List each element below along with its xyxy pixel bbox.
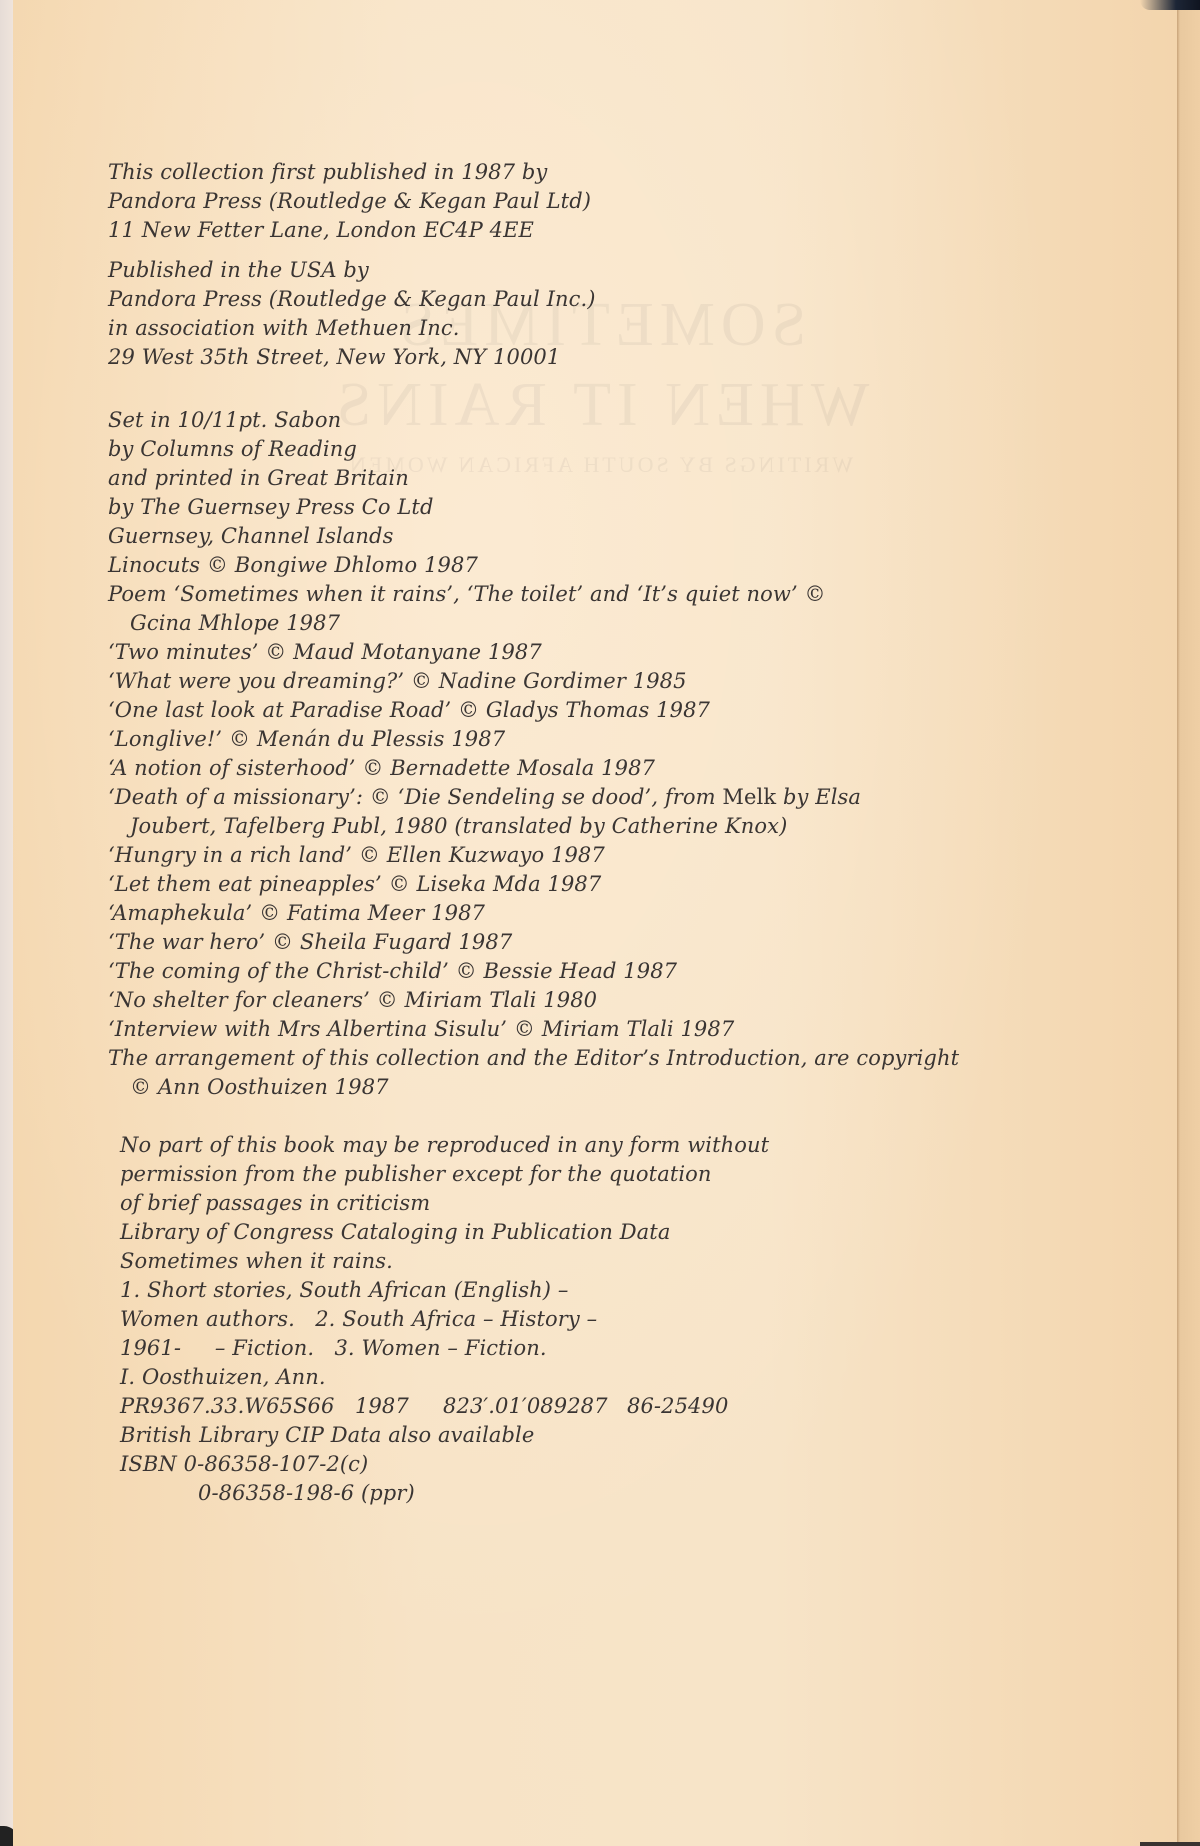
rights-and-cataloging-block: No part of this book may be reproduced i… bbox=[120, 1131, 959, 1508]
copyright-text-after: by Elsa bbox=[776, 785, 861, 809]
copyright-line: ‘Two minutes’ © Maud Motanyane 1987 bbox=[108, 638, 959, 667]
copyright-page-text: This collection first published in 1987 … bbox=[108, 158, 959, 1508]
copyright-line: ‘No shelter for cleaners’ © Miriam Tlali… bbox=[108, 986, 959, 1015]
page-left-edge bbox=[0, 0, 13, 1846]
usa-line-1: Published in the USA by bbox=[108, 256, 959, 285]
rights-line-2: permission from the publisher except for… bbox=[120, 1160, 959, 1189]
isbn-cloth: ISBN 0-86358-107-2(c) bbox=[120, 1450, 959, 1479]
copyright-line: ‘Let them eat pineapples’ © Liseka Mda 1… bbox=[108, 870, 959, 899]
uk-line-3: 11 New Fetter Lane, London EC4P 4EE bbox=[108, 216, 959, 245]
copyrights-block: Linocuts © Bongiwe Dhlomo 1987 Poem ‘Som… bbox=[108, 551, 959, 1102]
copyright-line: ‘Amaphekula’ © Fatima Meer 1987 bbox=[108, 899, 959, 928]
uk-line-2: Pandora Press (Routledge & Kegan Paul Lt… bbox=[108, 187, 959, 216]
copyright-continuation: Gcina Mhlope 1987 bbox=[108, 609, 959, 638]
british-library-note: British Library CIP Data also available bbox=[120, 1421, 959, 1450]
cataloging-title: Sometimes when it rains. bbox=[120, 1247, 959, 1276]
usa-line-4: 29 West 35th Street, New York, NY 10001 bbox=[108, 343, 959, 372]
copyright-line: ‘The coming of the Christ-child’ © Bessi… bbox=[108, 957, 959, 986]
printing-line-4: by The Guernsey Press Co Ltd bbox=[108, 493, 959, 522]
page-fold bbox=[1177, 0, 1200, 1846]
cataloging-subject-2: Women authors. 2. South Africa – History… bbox=[120, 1305, 959, 1334]
top-right-shadow bbox=[1140, 0, 1200, 10]
isbn-paper: 0-86358-198-6 (ppr) bbox=[120, 1479, 959, 1508]
printing-block: Set in 10/11pt. Sabon by Columns of Read… bbox=[108, 406, 959, 551]
copyright-continuation: © Ann Oosthuizen 1987 bbox=[108, 1073, 959, 1102]
printing-line-5: Guernsey, Channel Islands bbox=[108, 522, 959, 551]
copyright-line: ‘Hungry in a rich land’ © Ellen Kuzwayo … bbox=[108, 841, 959, 870]
printing-line-3: and printed in Great Britain bbox=[108, 464, 959, 493]
cataloging-subject-1: 1. Short stories, South African (English… bbox=[120, 1276, 959, 1305]
copyright-text-before: ‘Death of a missionary’: © ‘Die Sendelin… bbox=[108, 785, 722, 809]
dewey-number: 823′.01′089287 bbox=[443, 1392, 627, 1421]
book-title-melk: Melk bbox=[722, 785, 776, 809]
copyright-line: The arrangement of this collection and t… bbox=[108, 1044, 959, 1073]
copyright-line: ‘Death of a missionary’: © ‘Die Sendelin… bbox=[108, 783, 959, 812]
copyright-continuation: Joubert, Tafelberg Publ, 1980 (translate… bbox=[108, 812, 959, 841]
usa-line-2: Pandora Press (Routledge & Kegan Paul In… bbox=[108, 285, 959, 314]
uk-line-1: This collection first published in 1987 … bbox=[108, 158, 959, 187]
usa-publication-block: Published in the USA by Pandora Press (R… bbox=[108, 256, 959, 372]
call-number: PR9367.33.W65S66 bbox=[120, 1392, 355, 1421]
cataloging-subject-3: 1961- – Fiction. 3. Women – Fiction. bbox=[120, 1334, 959, 1363]
usa-line-3: in association with Methuen Inc. bbox=[108, 314, 959, 343]
printing-line-1: Set in 10/11pt. Sabon bbox=[108, 406, 959, 435]
copyright-line: ‘Interview with Mrs Albertina Sisulu’ © … bbox=[108, 1015, 959, 1044]
copyright-line: ‘One last look at Paradise Road’ © Glady… bbox=[108, 696, 959, 725]
cataloging-added-entry: I. Oosthuizen, Ann. bbox=[120, 1363, 959, 1392]
lccn: 86-25490 bbox=[627, 1392, 728, 1421]
rights-line-3: of brief passages in criticism bbox=[120, 1189, 959, 1218]
copyright-line: ‘Longlive!’ © Menán du Plessis 1987 bbox=[108, 725, 959, 754]
copyright-line: Linocuts © Bongiwe Dhlomo 1987 bbox=[108, 551, 959, 580]
cataloging-heading: Library of Congress Cataloging in Public… bbox=[120, 1218, 959, 1247]
printing-line-2: by Columns of Reading bbox=[108, 435, 959, 464]
copyright-line: ‘What were you dreaming?’ © Nadine Gordi… bbox=[108, 667, 959, 696]
uk-publication-block: This collection first published in 1987 … bbox=[108, 158, 959, 245]
bottom-right-shadow bbox=[1140, 1842, 1200, 1846]
catalog-year: 1987 bbox=[355, 1392, 443, 1421]
copyright-line: ‘A notion of sisterhood’ © Bernadette Mo… bbox=[108, 754, 959, 783]
rights-line-1: No part of this book may be reproduced i… bbox=[120, 1131, 959, 1160]
copyright-line: ‘The war hero’ © Sheila Fugard 1987 bbox=[108, 928, 959, 957]
copyright-line: Poem ‘Sometimes when it rains’, ‘The toi… bbox=[108, 580, 959, 609]
cataloging-classification-row: PR9367.33.W65S661987823′.01′08928786-254… bbox=[120, 1392, 959, 1421]
